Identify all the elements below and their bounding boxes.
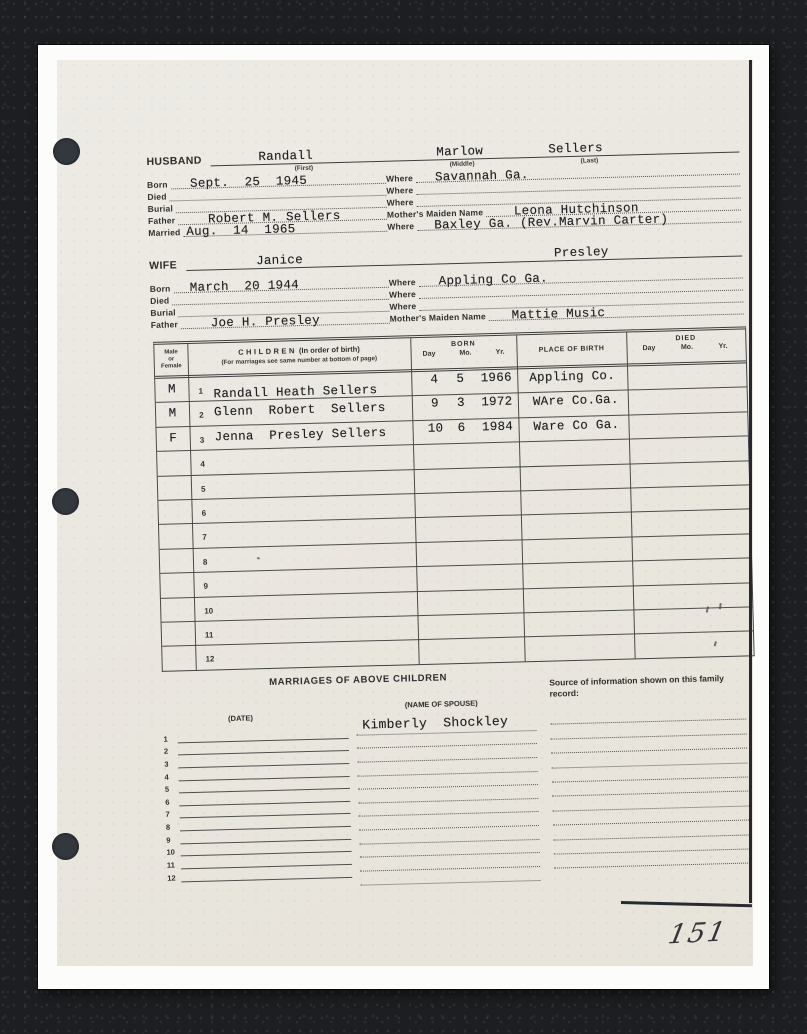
photocopy-sheet: HUSBAND Randall Marlow Sellers (First) (… <box>38 45 769 989</box>
typed-entry: Mattie Music <box>511 306 605 322</box>
born-day: 10 <box>422 421 449 444</box>
born-year <box>477 517 524 541</box>
month-header: Mo. <box>681 344 693 351</box>
born-day <box>426 543 453 566</box>
child-number: 3 <box>199 426 215 450</box>
born-month <box>450 469 477 492</box>
child-place-of-birth <box>533 586 649 612</box>
child-name: Glenn Robert Sellers <box>214 397 386 425</box>
marriage-row-number: 8 <box>166 822 180 831</box>
field-label: Father <box>151 319 181 330</box>
husband-section: HUSBAND Randall Marlow Sellers (First) (… <box>146 125 741 238</box>
marriage-row-number: 3 <box>164 759 178 768</box>
child-born-cell <box>424 467 531 493</box>
marriage-row-number: 4 <box>164 772 178 781</box>
children-column-header: CHILDREN (In order of birth) (For marria… <box>187 338 411 375</box>
marriages-title: MARRIAGES OF ABOVE CHILDREN <box>269 672 447 688</box>
child-place-of-birth <box>532 537 648 563</box>
source-lines <box>550 706 750 869</box>
born-year: 1972 <box>474 395 521 419</box>
child-born-cell <box>427 589 534 615</box>
marriage-date-lines: 1 2 3 4 <box>163 726 352 882</box>
field-label: Born <box>150 283 174 294</box>
children-table: Male or Female CHILDREN (In order of bir… <box>153 326 754 671</box>
born-month <box>454 640 481 663</box>
child-place-of-birth <box>530 488 646 514</box>
born-month: 5 <box>447 372 474 395</box>
child-born-cell <box>424 491 531 517</box>
born-month <box>452 567 479 590</box>
place-header-title: PLACE OF BIRTH <box>539 345 605 354</box>
husband-first-name: Randall <box>258 149 313 164</box>
born-day: 9 <box>422 397 449 420</box>
child-born-cell <box>428 637 535 663</box>
day-header: Day <box>642 345 655 352</box>
child-name: Jenna Presley Sellers <box>214 422 386 450</box>
marriage-row-number: 12 <box>167 873 181 882</box>
child-number: 1 <box>198 377 214 401</box>
born-month <box>450 493 477 516</box>
wife-section: WIFE Janice Presley Born <box>149 228 744 329</box>
child-sex <box>160 549 194 573</box>
sex-column-header: Male or Female <box>154 344 188 376</box>
fill-line <box>181 875 352 881</box>
born-column-header: BORN Day Mo. Yr. <box>410 335 517 369</box>
born-day <box>428 640 455 663</box>
born-day <box>427 592 454 615</box>
born-day <box>425 519 452 542</box>
year-header: Yr. <box>718 343 727 350</box>
scan-edge-vertical <box>749 60 752 903</box>
year-header: Yr. <box>496 349 505 356</box>
spouse-column-label: (NAME OF SPOUSE) <box>405 699 478 710</box>
born-day <box>423 445 450 468</box>
source-label: Source of information shown on this fami… <box>549 672 752 699</box>
child-place-of-birth <box>533 610 649 636</box>
child-born-cell <box>426 564 533 590</box>
born-day: 4 <box>421 372 448 395</box>
child-name-cell: 12 <box>195 640 429 669</box>
children-header-title: CHILDREN <box>238 346 297 357</box>
born-month <box>451 518 478 541</box>
child-number: 4 <box>200 451 216 475</box>
field-label: Married <box>148 227 183 238</box>
field-label: Born <box>147 179 171 190</box>
child-place-of-birth: Appling Co. <box>527 366 640 392</box>
child-number: 2 <box>199 402 215 426</box>
child-sex <box>161 597 195 621</box>
date-column-label: (DATE) <box>228 713 253 723</box>
child-sex <box>159 524 193 548</box>
born-month <box>453 591 480 614</box>
child-sex <box>162 622 196 646</box>
typed-entry: Joe H. Presley <box>211 314 321 331</box>
child-sex: M <box>156 402 190 426</box>
child-sex: F <box>156 427 190 451</box>
scanned-page: HUSBAND Randall Marlow Sellers (First) (… <box>57 60 753 966</box>
husband-last-name: Sellers <box>548 141 603 156</box>
child-number: 12 <box>205 646 221 670</box>
marriage-row-number: 9 <box>166 835 180 844</box>
field-label: Where <box>387 221 417 232</box>
child-place-of-birth <box>529 439 645 465</box>
child-place-of-birth <box>534 634 650 660</box>
wife-label: WIFE <box>149 259 186 272</box>
child-born-cell <box>427 613 534 639</box>
born-day <box>426 567 453 590</box>
born-month: 6 <box>448 420 475 443</box>
born-month <box>453 615 480 638</box>
family-record-form: HUSBAND Randall Marlow Sellers (First) (… <box>143 124 763 909</box>
handwritten-page-number: 151 <box>666 917 730 951</box>
born-year: 1966 <box>473 370 520 394</box>
child-place-of-birth <box>530 464 646 490</box>
child-number: 11 <box>205 621 221 645</box>
scan-edge-horizontal <box>621 901 752 907</box>
child-born-cell <box>425 515 532 541</box>
marriage-row-number: 10 <box>166 848 180 857</box>
child-place-of-birth <box>531 512 647 538</box>
child-number: 7 <box>202 524 218 548</box>
marriage-row-number: 6 <box>165 797 179 806</box>
place-of-birth-header: PLACE OF BIRTH <box>516 333 627 367</box>
typed-entry: Aug. 14 1965 <box>186 222 296 239</box>
field-label: Died <box>147 191 169 202</box>
child-born-cell: 10 6 1984 <box>422 418 529 444</box>
born-year <box>476 468 523 492</box>
sex-header-line: Female <box>155 363 188 371</box>
marriage-row-number: 1 <box>163 734 177 743</box>
born-year <box>478 565 525 589</box>
died-column-header: DIED Day Mo. Yr. <box>626 329 746 363</box>
born-year <box>479 590 526 614</box>
child-place-of-birth <box>532 561 648 587</box>
child-number: 9 <box>203 572 219 596</box>
children-header-sub1: (In order of birth) <box>299 345 360 356</box>
child-place-of-birth: WAre Co.Ga. <box>528 391 644 417</box>
stray-mark <box>257 557 260 559</box>
hole-punch <box>52 488 79 515</box>
child-sex <box>160 573 194 597</box>
last-sublabel: (Last) <box>581 157 599 164</box>
born-day <box>424 494 451 517</box>
month-header: Mo. <box>459 350 471 357</box>
child-number: 6 <box>201 499 217 523</box>
born-year <box>476 492 523 516</box>
spouse-name-lines <box>356 717 540 885</box>
middle-sublabel: (Middle) <box>450 160 475 168</box>
born-month <box>452 542 479 565</box>
hole-punch <box>52 833 79 860</box>
child-number: 10 <box>204 597 220 621</box>
child-born-cell <box>426 540 533 566</box>
born-month: 3 <box>448 396 475 419</box>
child-sex <box>157 451 191 475</box>
child-sex <box>162 646 196 670</box>
child-born-cell <box>423 442 530 468</box>
desk-background: { "scan": { "page_number": "151", "husba… <box>0 0 807 1034</box>
born-month <box>449 445 476 468</box>
child-sex <box>158 476 192 500</box>
child-sex <box>158 500 192 524</box>
child-place-of-birth: Ware Co Ga. <box>528 415 644 441</box>
marriage-row-number: 2 <box>164 747 178 756</box>
child-born-cell: 9 3 1972 <box>422 394 529 420</box>
field-label: Mother's Maiden Name <box>390 311 489 324</box>
born-year: 1984 <box>474 419 521 443</box>
born-year <box>480 639 527 663</box>
born-year <box>478 541 525 565</box>
husband-middle-name: Marlow <box>436 144 483 159</box>
born-year <box>475 444 522 468</box>
marriage-row-number: 5 <box>165 785 179 794</box>
child-number: 5 <box>201 475 217 499</box>
child-number: 8 <box>203 548 219 572</box>
born-year <box>479 614 526 638</box>
wife-first-name: Janice <box>256 253 303 268</box>
day-header: Day <box>423 351 436 358</box>
born-day <box>427 616 454 639</box>
marriage-row-number: 7 <box>165 810 179 819</box>
children-table-body: M 1 Randall Heath Sellers 4 5 1966 Appli… <box>155 363 753 670</box>
wife-last-name: Presley <box>554 245 609 260</box>
child-born-cell: 4 5 1966 <box>421 369 528 395</box>
field-label: Died <box>150 295 172 306</box>
first-sublabel: (First) <box>295 165 314 172</box>
child-sex: M <box>155 378 189 402</box>
hole-punch <box>53 138 80 165</box>
marriage-row-number: 11 <box>167 860 181 869</box>
born-day <box>424 470 451 493</box>
